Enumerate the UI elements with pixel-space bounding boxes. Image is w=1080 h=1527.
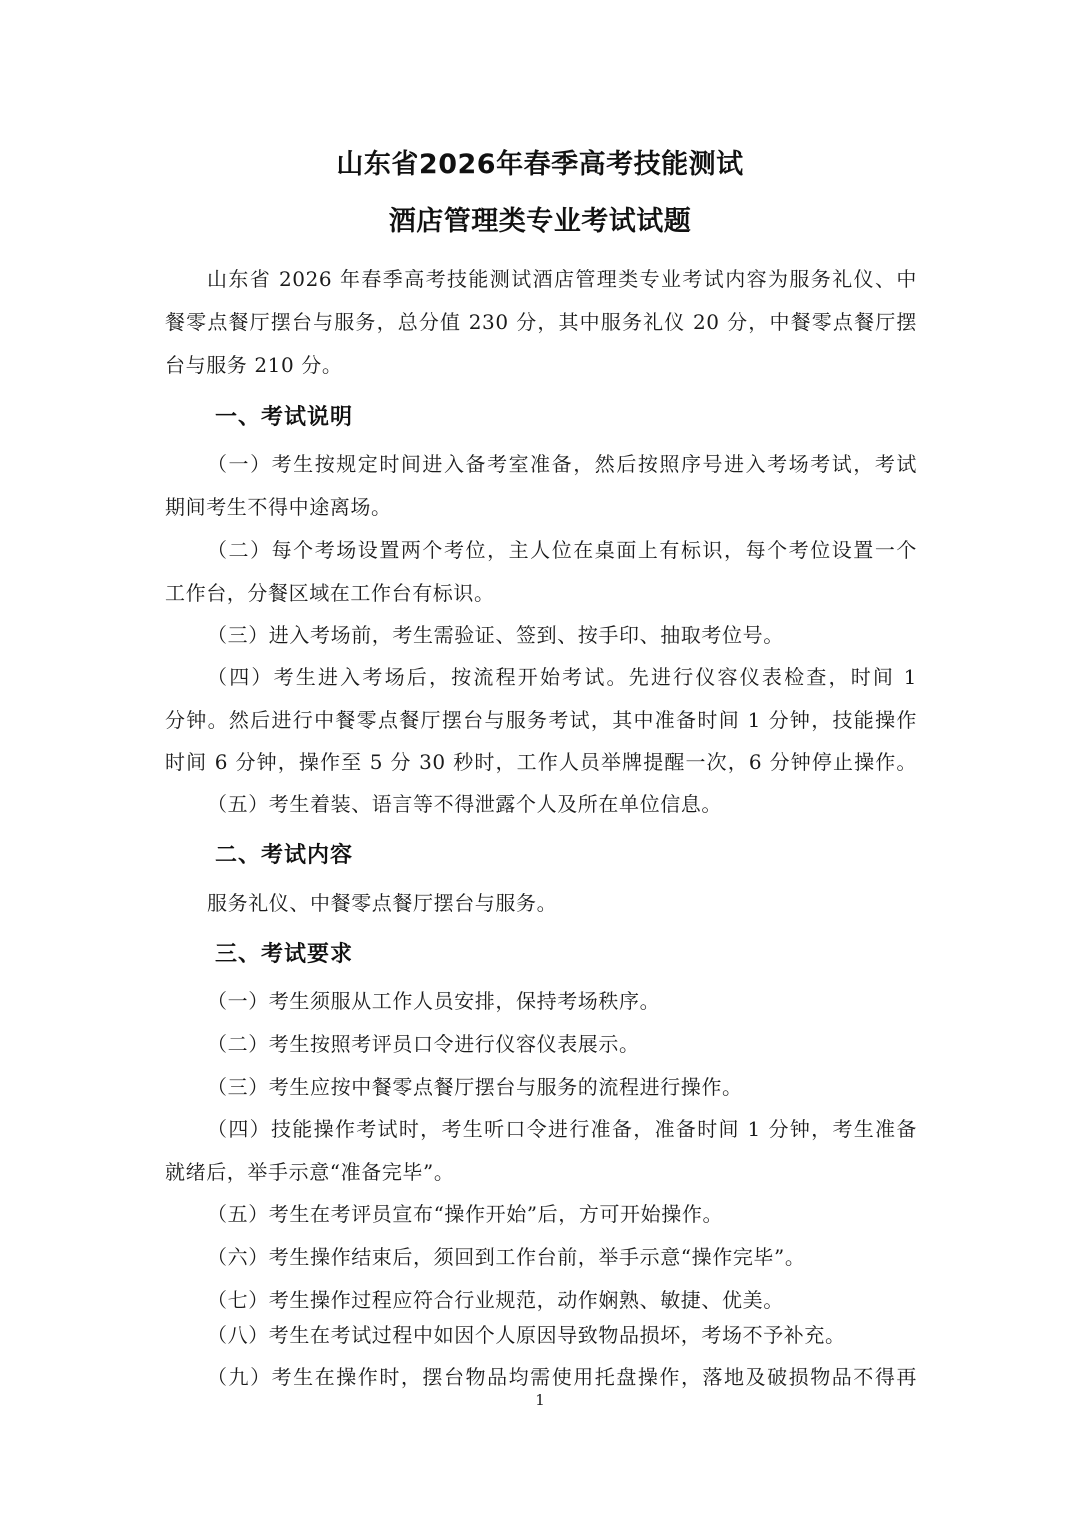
- section-line: （五）考生在考评员宣布“操作开始”后，方可开始操作。: [207, 1200, 917, 1228]
- section-line: （四）技能操作考试时，考生听口令进行准备，准备时间 1 分钟，考生准备: [207, 1115, 917, 1143]
- section-line: （一）考生按规定时间进入备考室准备，然后按照序号进入考场考试，考试: [207, 450, 917, 478]
- section-line: （八）考生在考试过程中如因个人原因导致物品损坏，考场不予补充。: [207, 1321, 917, 1349]
- intro-line: 餐零点餐厅摆台与服务，总分值 230 分，其中服务礼仪 20 分，中餐零点餐厅摆: [165, 308, 917, 336]
- document-page: 山东省2026年春季高考技能测试 酒店管理类专业考试试题 山东省 2026 年春…: [0, 0, 1080, 1527]
- section-line: 就绪后，举手示意“准备完毕”。: [165, 1158, 917, 1186]
- section-heading: 一、考试说明: [215, 400, 353, 431]
- page-number: 1: [0, 1391, 1080, 1409]
- intro-line: 山东省 2026 年春季高考技能测试酒店管理类专业考试内容为服务礼仪、中: [207, 265, 917, 293]
- section-line: （四）考生进入考场后，按流程开始考试。先进行仪容仪表检查，时间 1: [207, 663, 917, 691]
- section-line: 工作台，分餐区域在工作台有标识。: [165, 579, 917, 607]
- section-line: 分钟。然后进行中餐零点餐厅摆台与服务考试，其中准备时间 1 分钟，技能操作: [165, 706, 917, 734]
- section-line: （五）考生着装、语言等不得泄露个人及所在单位信息。: [207, 790, 917, 818]
- section-line: （一）考生须服从工作人员安排，保持考场秩序。: [207, 987, 917, 1015]
- section-line: 期间考生不得中途离场。: [165, 493, 917, 521]
- document-title-line1: 山东省2026年春季高考技能测试: [0, 142, 1080, 181]
- section-line: （三）进入考场前，考生需验证、签到、按手印、抽取考位号。: [207, 621, 917, 649]
- intro-line: 台与服务 210 分。: [165, 351, 917, 379]
- section-line: （九）考生在操作时，摆台物品均需使用托盘操作，落地及破损物品不得再: [207, 1363, 917, 1391]
- section-heading: 二、考试内容: [215, 838, 353, 869]
- document-title-line2: 酒店管理类专业考试试题: [0, 199, 1080, 238]
- section-heading: 三、考试要求: [215, 937, 353, 968]
- section-line: 服务礼仪、中餐零点餐厅摆台与服务。: [207, 889, 917, 917]
- section-line: （七）考生操作过程应符合行业规范，动作娴熟、敏捷、优美。: [207, 1286, 917, 1314]
- section-line: （三）考生应按中餐零点餐厅摆台与服务的流程进行操作。: [207, 1073, 917, 1101]
- section-line: （二）考生按照考评员口令进行仪容仪表展示。: [207, 1030, 917, 1058]
- section-line: （二）每个考场设置两个考位，主人位在桌面上有标识，每个考位设置一个: [207, 536, 917, 564]
- section-line: （六）考生操作结束后，须回到工作台前，举手示意“操作完毕”。: [207, 1243, 917, 1271]
- section-line: 时间 6 分钟，操作至 5 分 30 秒时，工作人员举牌提醒一次，6 分钟停止操…: [165, 748, 917, 776]
